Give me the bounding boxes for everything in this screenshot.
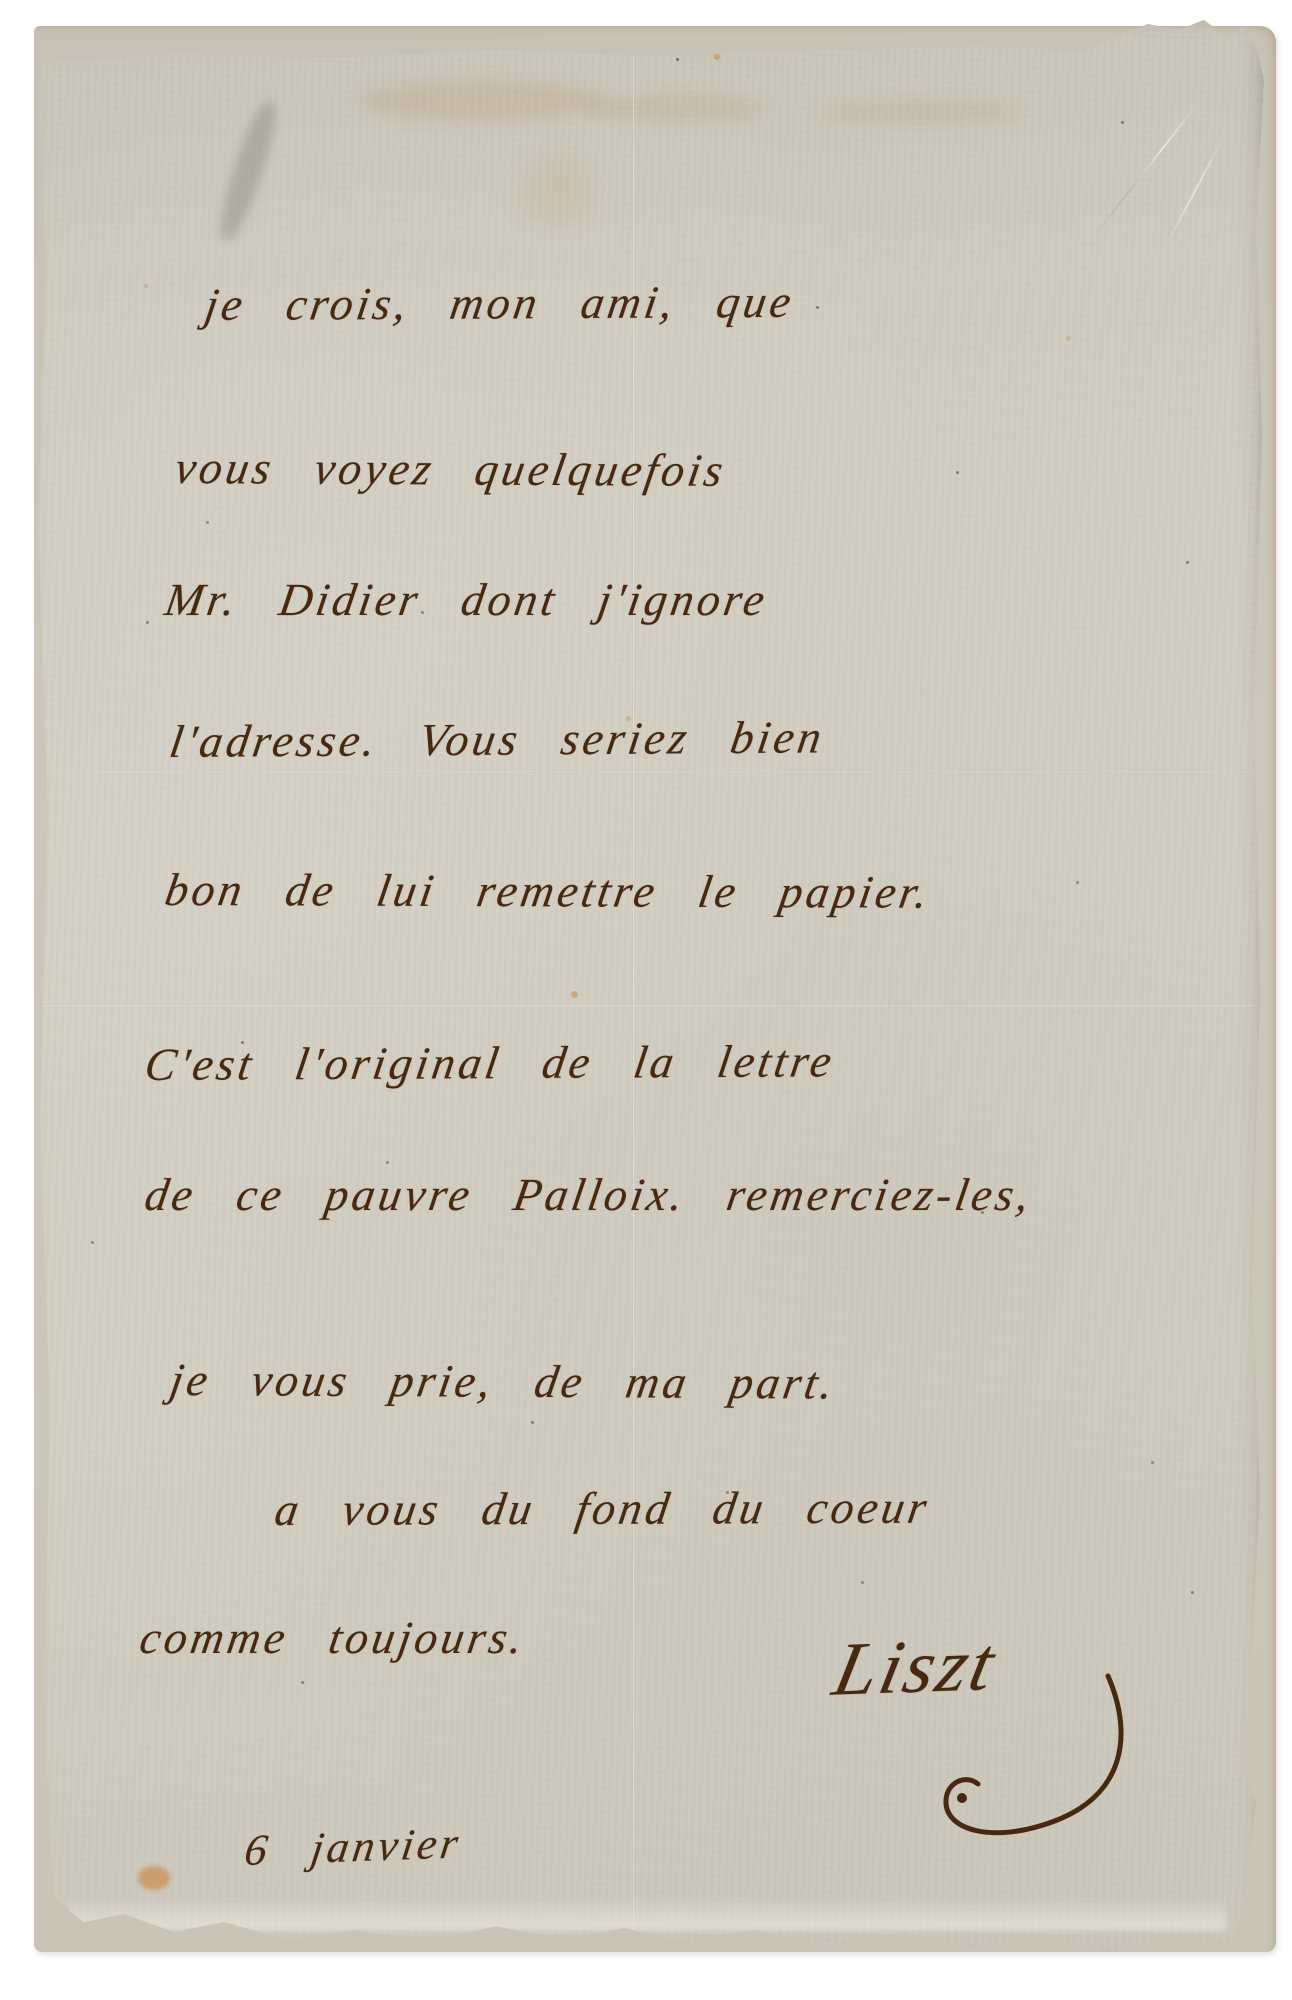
letter-line: je crois, mon ami, que — [200, 267, 799, 340]
foxing-spot — [144, 284, 148, 288]
letter-line: comme toujours. — [135, 1603, 531, 1673]
letter-line: je vous prie, de ma part. — [165, 1345, 842, 1418]
foxing-spot — [626, 716, 631, 721]
horizontal-fold-crease — [38, 770, 1254, 773]
letter-line: Mr. Didier dont j'ignore — [160, 565, 773, 635]
signature-flourish — [816, 1670, 1146, 1880]
signature: Liszt — [816, 1624, 1146, 1884]
letter-line: de ce pauvre Palloix. remerciez-les, — [140, 1160, 1038, 1230]
scan-background: { "letter": { "language": "French", "ink… — [0, 0, 1292, 2000]
corner-wrinkle — [1164, 133, 1227, 249]
letter-line: vous voyez quelquefois — [170, 433, 732, 506]
stain — [816, 100, 1026, 124]
letter-line: a vous du fond du coeur — [270, 1473, 935, 1545]
stain — [356, 82, 606, 120]
stain — [521, 156, 591, 226]
torn-bottom-edge — [66, 1896, 1226, 1930]
ink-blot — [957, 1793, 967, 1803]
letter-line: C'est l'original de la lettre — [140, 1026, 840, 1100]
corner-wrinkle — [1092, 103, 1198, 238]
stain — [138, 1866, 170, 1890]
signature-text: Liszt — [826, 1621, 1005, 1713]
paper-texture — [26, 16, 1266, 1964]
foxing-spot — [571, 991, 578, 998]
paper-specks — [676, 58, 679, 61]
date-line: 6 janvier — [240, 1809, 466, 1886]
foxing-spot — [714, 54, 720, 60]
vertical-fold-crease — [632, 40, 635, 1936]
letter-line: l'adresse. Vous seriez bien — [165, 702, 830, 777]
horizontal-fold-crease — [38, 1004, 1254, 1007]
stain — [586, 94, 766, 122]
foxing-spot — [1066, 336, 1071, 341]
letter-sheet: je crois, mon ami, que vous voyez quelqu… — [26, 16, 1266, 1964]
letter-line: bon de lui remettre le papier. — [160, 855, 937, 928]
smudge-mark — [212, 97, 284, 245]
